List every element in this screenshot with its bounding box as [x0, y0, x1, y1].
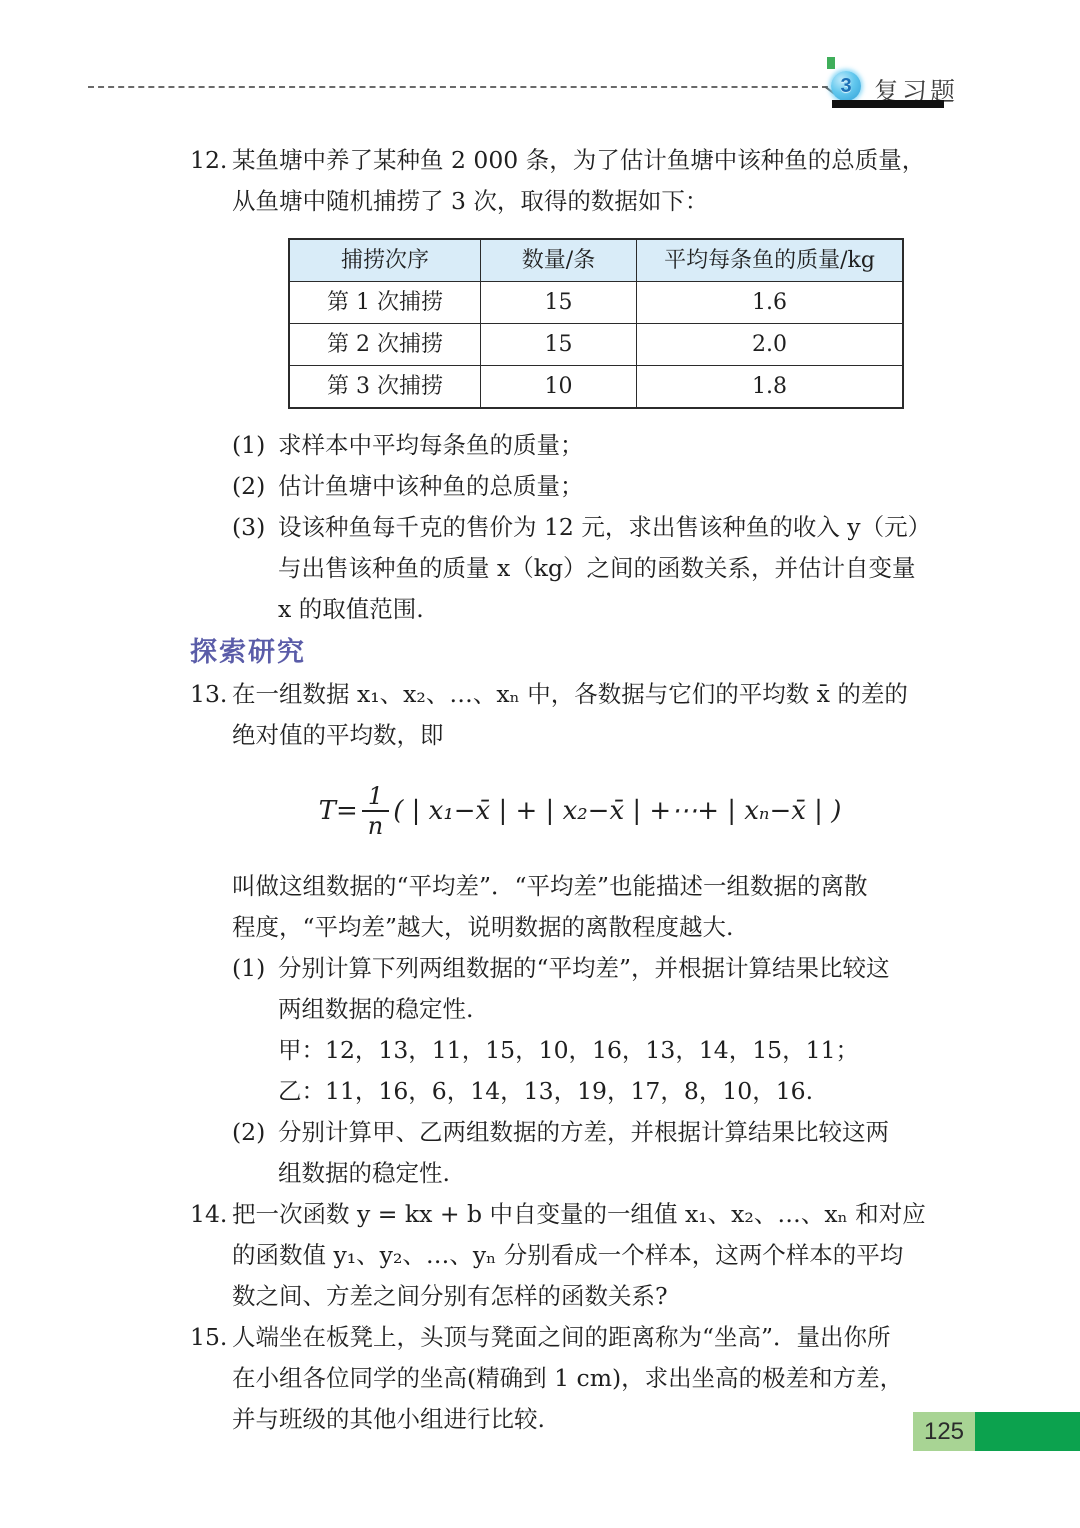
chapter-number-badge: 3: [831, 71, 861, 101]
problem-13-data-jia: 甲：12，13，11，15，10，16，13，14，15，11；: [190, 1030, 970, 1071]
problem-13-line-2: 绝对值的平均数，即: [190, 715, 970, 756]
problem-13-text: 在一组数据 x₁、x₂、…、xₙ 中，各数据与它们的平均数 x̄ 的差的: [232, 680, 908, 708]
chapter-number: 3: [840, 75, 851, 98]
mean-difference-formula: T=1n( | x₁−x̄ | + | x₂−x̄ | +⋯+ | xₙ−x̄ …: [190, 770, 970, 852]
formula-body: ( | x₁−x̄ | + | x₂−x̄ | +⋯+ | xₙ−x̄ | ): [393, 796, 841, 826]
problem-14-line-1: 14.把一次函数 y = kx + b 中自变量的一组值 x₁、x₂、…、xₙ …: [190, 1194, 970, 1235]
table-row: 第 1 次捕捞 15 1.6: [289, 282, 903, 324]
sub-number: (2): [232, 1112, 278, 1153]
problem-14-line-2: 的函数值 y₁、y₂、…、yₙ 分别看成一个样本，这两个样本的平均: [190, 1235, 970, 1276]
problem-13-after-line-2: 程度，“平均差”越大，说明数据的离散程度越大.: [190, 907, 970, 948]
problem-14-line-3: 数之间、方差之间分别有怎样的函数关系?: [190, 1276, 970, 1317]
problem-14-text: 把一次函数 y = kx + b 中自变量的一组值 x₁、x₂、…、xₙ 和对应: [232, 1200, 926, 1228]
page-number-badge: 125: [913, 1412, 975, 1451]
problem-15-line-2: 在小组各位同学的坐高(精确到 1 cm)，求出坐高的极差和方差，: [190, 1358, 970, 1399]
problem-13-sub-2-line-2: 组数据的稳定性.: [190, 1153, 970, 1194]
problem-12-sub-3-line-2: 与出售该种鱼的质量 x（kg）之间的函数关系，并估计自变量: [190, 548, 970, 589]
table-cell: 1.8: [637, 366, 904, 409]
sub-number: (1): [232, 948, 278, 989]
problem-13-sub-1-line-2: 两组数据的稳定性.: [190, 989, 970, 1030]
problem-13-sub-2-line-1: (2)分别计算甲、乙两组数据的方差，并根据计算结果比较这两: [190, 1112, 970, 1153]
table-cell: 2.0: [637, 324, 904, 366]
problem-12-sub-3-line-1: (3)设该种鱼每千克的售价为 12 元，求出售该种鱼的收入 y（元）: [190, 507, 970, 548]
page-number-green-bar: [975, 1412, 1080, 1451]
table-header-catch-order: 捕捞次序: [289, 239, 481, 282]
sub-number: (3): [232, 507, 278, 548]
problem-15-text: 人端坐在板凳上，头顶与凳面之间的距离称为“坐高”．量出你所: [232, 1323, 891, 1351]
table-row: 第 2 次捕捞 15 2.0: [289, 324, 903, 366]
sub-text: 分别计算甲、乙两组数据的方差，并根据计算结果比较这两: [278, 1118, 889, 1146]
problem-14-number: 14.: [190, 1194, 232, 1235]
formula-lhs: T=: [319, 796, 358, 826]
sub-number: (1): [232, 425, 278, 466]
problem-13-after-line-1: 叫做这组数据的“平均差”．“平均差”也能描述一组数据的离散: [190, 866, 970, 907]
header-underline-bar: [832, 100, 944, 108]
problem-15-number: 15.: [190, 1317, 232, 1358]
table-cell: 第 1 次捕捞: [289, 282, 481, 324]
header-dashed-line: [88, 86, 828, 88]
sub-text: 设该种鱼每千克的售价为 12 元，求出售该种鱼的收入 y（元）: [278, 513, 931, 541]
problem-15-line-1: 15.人端坐在板凳上，头顶与凳面之间的距离称为“坐高”．量出你所: [190, 1317, 970, 1358]
formula-fraction: 1n: [362, 783, 389, 839]
problem-13-data-yi: 乙：11，16，6，14，13，19，17，8，10，16.: [190, 1071, 970, 1112]
problem-13-sub-1-line-1: (1)分别计算下列两组数据的“平均差”，并根据计算结果比较这: [190, 948, 970, 989]
problem-13-line-1: 13.在一组数据 x₁、x₂、…、xₙ 中，各数据与它们的平均数 x̄ 的差的: [190, 674, 970, 715]
table-header-row: 捕捞次序 数量/条 平均每条鱼的质量/kg: [289, 239, 903, 282]
textbook-page: 3 复习题 12.某鱼塘中养了某种鱼 2 000 条，为了估计鱼塘中该种鱼的总质…: [0, 0, 1080, 1528]
table-row: 第 3 次捕捞 10 1.8: [289, 366, 903, 409]
problem-12-sub-1: (1)求样本中平均每条鱼的质量；: [190, 425, 970, 466]
table-cell: 15: [481, 324, 637, 366]
problem-12-sub-3-line-3: x 的取值范围.: [190, 589, 970, 630]
problem-13-number: 13.: [190, 674, 232, 715]
problem-12-line-2: 从鱼塘中随机捕捞了 3 次，取得的数据如下：: [190, 181, 970, 222]
table-cell: 第 3 次捕捞: [289, 366, 481, 409]
section-title-explore: 探索研究: [190, 630, 970, 674]
table-cell: 第 2 次捕捞: [289, 324, 481, 366]
table-cell: 15: [481, 282, 637, 324]
problem-15-line-3: 并与班级的其他小组进行比较.: [190, 1399, 970, 1440]
fish-catch-table: 捕捞次序 数量/条 平均每条鱼的质量/kg 第 1 次捕捞 15 1.6 第 2…: [288, 238, 904, 409]
page-number: 125: [924, 1418, 964, 1446]
problem-12-number: 12.: [190, 140, 232, 181]
table-cell: 1.6: [637, 282, 904, 324]
content-column: 12.某鱼塘中养了某种鱼 2 000 条，为了估计鱼塘中该种鱼的总质量， 从鱼塘…: [190, 140, 970, 1440]
problem-12-text: 某鱼塘中养了某种鱼 2 000 条，为了估计鱼塘中该种鱼的总质量，: [232, 146, 925, 174]
problem-12-sub-2: (2)估计鱼塘中该种鱼的总质量；: [190, 466, 970, 507]
table-cell: 10: [481, 366, 637, 409]
problem-12-line-1: 12.某鱼塘中养了某种鱼 2 000 条，为了估计鱼塘中该种鱼的总质量，: [190, 140, 970, 181]
header-green-tick: [827, 57, 835, 69]
table-header-avg-mass: 平均每条鱼的质量/kg: [637, 239, 904, 282]
sub-text: 估计鱼塘中该种鱼的总质量；: [278, 472, 584, 500]
table-header-quantity: 数量/条: [481, 239, 637, 282]
sub-text: 分别计算下列两组数据的“平均差”，并根据计算结果比较这: [278, 954, 890, 982]
fraction-numerator: 1: [362, 783, 389, 810]
fraction-denominator: n: [362, 810, 389, 839]
sub-text: 求样本中平均每条鱼的质量；: [278, 431, 584, 459]
sub-number: (2): [232, 466, 278, 507]
